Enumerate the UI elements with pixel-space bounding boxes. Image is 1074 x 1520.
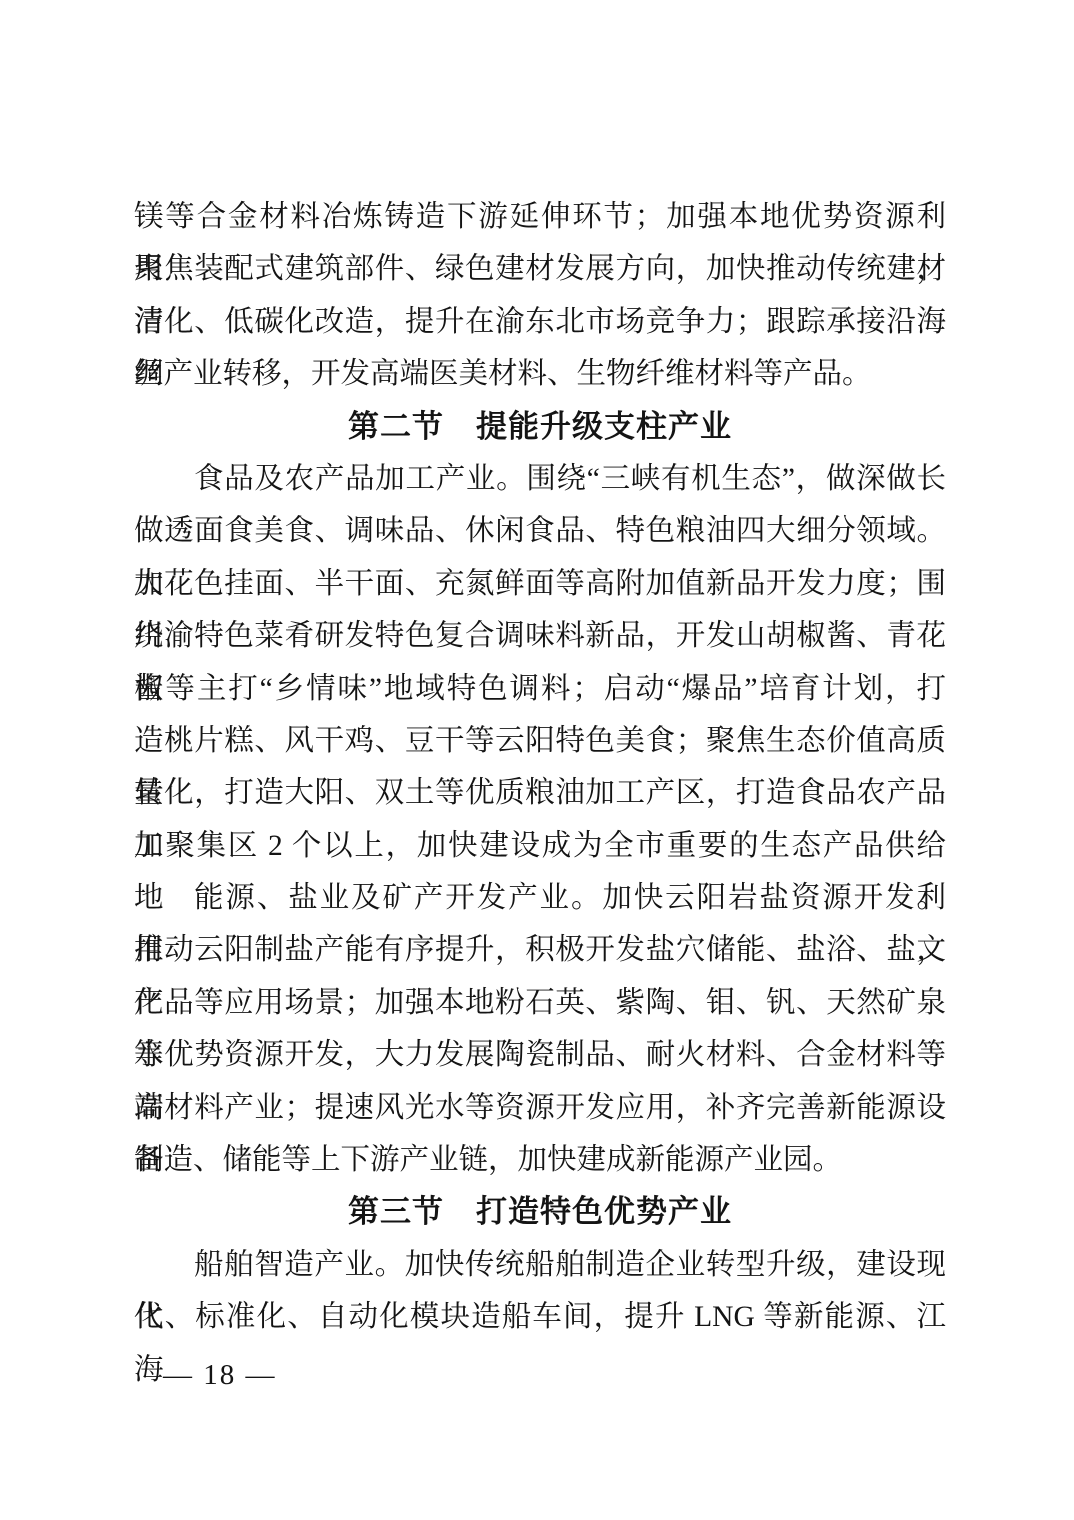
text-line: 等优势资源开发，大力发展陶瓷制品、耐火材料、合金材料等高 — [134, 1029, 946, 1081]
text-line: 造桃片糕、风干鸡、豆干等云阳特色美食；聚焦生态价值高质量 — [134, 715, 946, 767]
section-heading-2: 第二节 提能升级支柱产业 — [134, 401, 946, 453]
document-page: 镁等合金材料冶炼铸造下游延伸环节；加强本地优势资源利用， 聚焦装配式建筑部件、绿… — [0, 0, 1074, 1520]
text-line-paragraph-start: 船舶智造产业。加快传统船舶制造企业转型升级，建设现代 — [134, 1239, 946, 1291]
text-line-paragraph-start: 食品及农产品加工产业。围绕“三峡有机生态”，做深做长 — [134, 453, 946, 505]
text-line: 做透面食美食、调味品、休闲食品、特色粮油四大细分领域。加 — [134, 505, 946, 557]
text-line: 产品等应用场景；加强本地粉石英、紫陶、钼、钒、天然矿泉水 — [134, 977, 946, 1029]
text-line: 转化，打造大阳、双土等优质粮油加工产区，打造食品农产品加 — [134, 767, 946, 819]
page-number: — 18 — — [163, 1352, 277, 1398]
text-line: 工聚集区 2 个以上，加快建设成为全市重要的生态产品供给地。 — [134, 820, 946, 872]
text-line-paragraph-end: 绸产业转移，开发高端医美材料、生物纤维材料等产品。 — [134, 348, 946, 400]
text-line: 洁化、低碳化改造，提升在渝东北市场竞争力；跟踪承接沿海丝 — [134, 296, 946, 348]
text-line: 川渝特色菜肴研发特色复合调味料新品，开发山胡椒酱、青花椒 — [134, 610, 946, 662]
text-line: 化、标准化、自动化模块造船车间，提升 LNG 等新能源、江海 — [134, 1291, 946, 1343]
section-heading-3: 第三节 打造特色优势产业 — [134, 1186, 946, 1238]
text-line-paragraph-start: 能源、盐业及矿产开发产业。加快云阳岩盐资源开发利用， — [134, 872, 946, 924]
text-line: 大花色挂面、半干面、充氮鲜面等高附加值新品开发力度；围绕 — [134, 558, 946, 610]
document-text-block: 镁等合金材料冶炼铸造下游延伸环节；加强本地优势资源利用， 聚焦装配式建筑部件、绿… — [134, 191, 946, 1344]
text-line: 推动云阳制盐产能有序提升，积极开发盐穴储能、盐浴、盐文化 — [134, 924, 946, 976]
text-line: 镁等合金材料冶炼铸造下游延伸环节；加强本地优势资源利用， — [134, 191, 946, 243]
text-line: 酱等主打“乡情味”地域特色调料；启动“爆品”培育计划，打 — [134, 663, 946, 715]
text-line: 端材料产业；提速风光水等资源开发应用，补齐完善新能源设备 — [134, 1082, 946, 1134]
text-line: 聚焦装配式建筑部件、绿色建材发展方向，加快推动传统建材清 — [134, 243, 946, 295]
text-line-paragraph-end: 制造、储能等上下游产业链，加快建成新能源产业园。 — [134, 1134, 946, 1186]
